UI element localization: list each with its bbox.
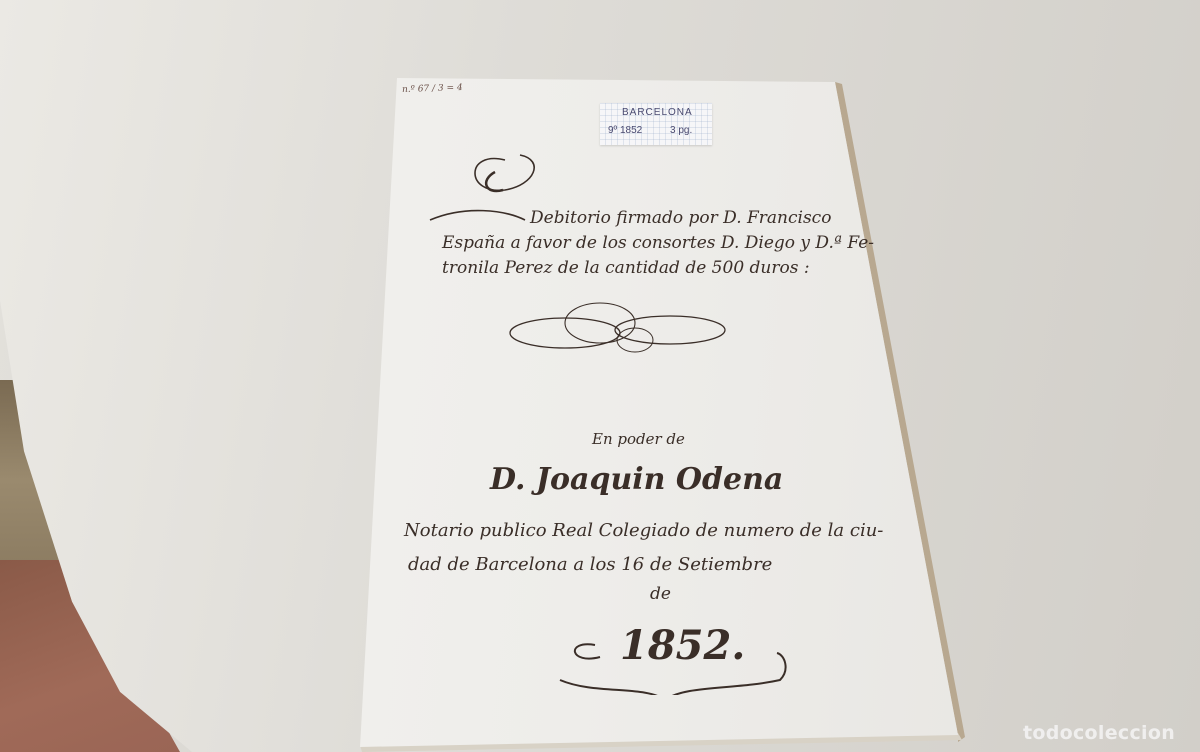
document-year: 1852. xyxy=(620,622,745,669)
title-line-1: Debitorio firmado por D. Francisco xyxy=(530,208,831,228)
catalog-label: BARCELONA 9º 1852 3 pg. xyxy=(600,103,712,145)
label-date: 9º 1852 xyxy=(608,125,642,136)
label-city: BARCELONA xyxy=(622,107,693,118)
ornamental-flourish-icon xyxy=(505,298,735,368)
title-line-2: España a favor de los consortes D. Diego… xyxy=(442,233,874,253)
watermark: todocoleccion xyxy=(1023,722,1175,744)
en-poder-label: En poder de xyxy=(592,430,685,448)
label-pages: 3 pg. xyxy=(670,125,692,136)
notary-line-2: dad de Barcelona a los 16 de Setiembre xyxy=(408,554,772,575)
notary-line-1: Notario publico Real Colegiado de numero… xyxy=(404,520,883,541)
de-label: de xyxy=(650,584,671,604)
manuscript-content: n.º 67 / 3 = 4 BARCELONA 9º 1852 3 pg. D… xyxy=(0,0,1200,752)
corner-note: n.º 67 / 3 = 4 xyxy=(402,83,463,95)
notary-name: D. Joaquin Odena xyxy=(490,462,783,497)
title-line-3: tronila Perez de la cantidad de 500 duro… xyxy=(442,258,810,278)
